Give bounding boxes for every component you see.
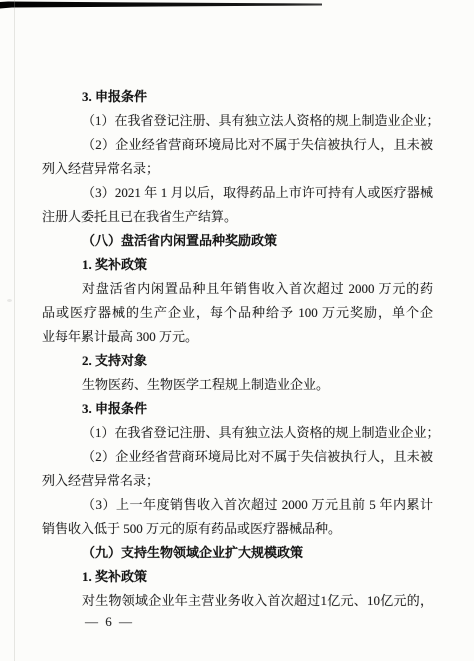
heading-line: 1. 奖补政策 bbox=[42, 253, 433, 277]
left-scan-line-artifact bbox=[14, 0, 15, 661]
scan-smudge-artifact bbox=[7, 299, 12, 302]
page-number: — 6 — bbox=[85, 610, 134, 634]
text-line: 对盘活省内闲置品种且年销售收入首次超过 2000 万元的药 bbox=[42, 277, 433, 301]
top-scan-streak-artifact bbox=[0, 0, 322, 9]
text-line: 品或医疗器械的生产企业，每个品种给予 100 万元奖励，单个企 bbox=[42, 301, 433, 325]
text-line: （1）在我省登记注册、具有独立法人资格的规上制造业企业； bbox=[42, 109, 433, 133]
heading-line: （九）支持生物领域企业扩大规模政策 bbox=[42, 541, 433, 565]
text-line: 列入经营异常名录； bbox=[42, 469, 433, 493]
text-line: 业每年累计最高 300 万元。 bbox=[42, 325, 433, 349]
heading-line: 1. 奖补政策 bbox=[42, 565, 433, 589]
text-line: （3）上一年度销售收入首次超过 2000 万元且前 5 年内累计 bbox=[42, 493, 433, 517]
scanned-document-page: 3. 申报条件（1）在我省登记注册、具有独立法人资格的规上制造业企业；（2）企业… bbox=[0, 0, 474, 661]
heading-line: 3. 申报条件 bbox=[42, 85, 433, 109]
text-line: （2）企业经省营商环境局比对不属于失信被执行人，且未被 bbox=[42, 445, 433, 469]
text-line: （1）在我省登记注册、具有独立法人资格的规上制造业企业； bbox=[42, 421, 433, 445]
heading-line: （八）盘活省内闲置品种奖励政策 bbox=[42, 229, 433, 253]
text-line: （3）2021 年 1 月以后，取得药品上市许可持有人或医疗器械 bbox=[42, 181, 433, 205]
text-line: 生物医药、生物医学工程规上制造业企业。 bbox=[42, 373, 433, 397]
document-body: 3. 申报条件（1）在我省登记注册、具有独立法人资格的规上制造业企业；（2）企业… bbox=[42, 85, 433, 613]
text-line: 注册人委托且已在我省生产结算。 bbox=[42, 205, 433, 229]
text-line: 列入经营异常名录； bbox=[42, 157, 433, 181]
text-line: 销售收入低于 500 万元的原有药品或医疗器械品种。 bbox=[42, 517, 433, 541]
text-line: （2）企业经省营商环境局比对不属于失信被执行人，且未被 bbox=[42, 133, 433, 157]
heading-line: 2. 支持对象 bbox=[42, 349, 433, 373]
heading-line: 3. 申报条件 bbox=[42, 397, 433, 421]
